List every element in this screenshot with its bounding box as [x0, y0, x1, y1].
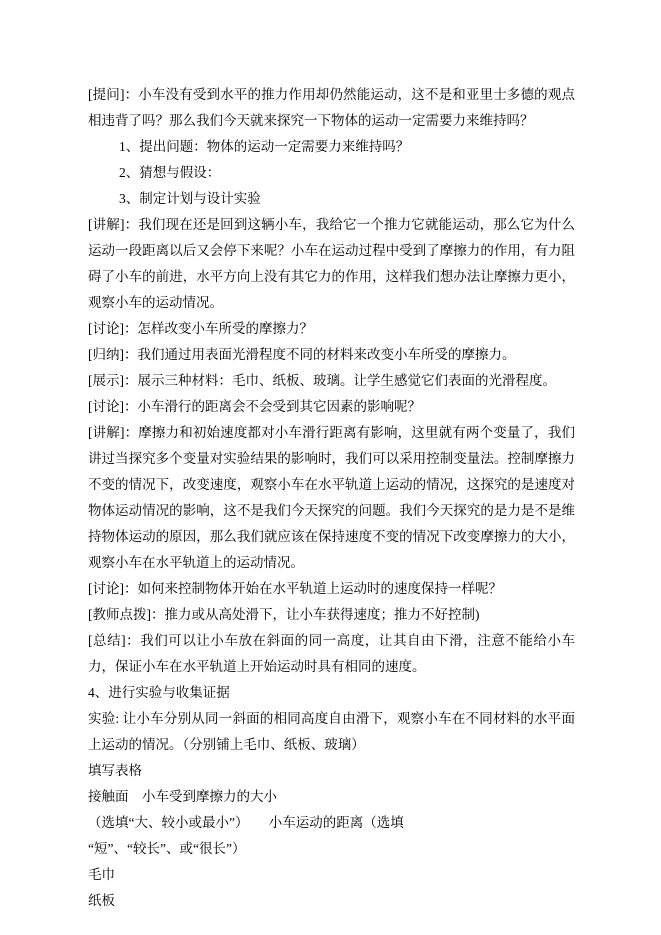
- list-item-1-raise-question: 1、提出问题：物体的运动一定需要力来维持吗？: [88, 134, 575, 160]
- table-header-fill-options-1: （选填“大、较小或最小”） 小车运动的距离（选填: [88, 810, 575, 836]
- paragraph-discuss-change-friction: [讨论]：怎样改变小车所受的摩擦力？: [88, 316, 575, 342]
- paragraph-explain-control-variables: [讲解]：摩擦力和初始速度都对小车滑行距离有影响，这里就有两个变量了，我们讲过当…: [88, 420, 575, 576]
- document-content: [提问]：小车没有受到水平的推力作用却仍然能运动，这不是和亚里士多德的观点相违背…: [88, 82, 575, 914]
- paragraph-teacher-hint: [教师点拨]：推力或从高处滑下，让小车获得速度；推力不好控制): [88, 602, 575, 628]
- table-header-contact-surface: 接触面 小车受到摩擦力的大小: [88, 784, 575, 810]
- paragraph-conclusion-slope: [总结]：我们可以让小车放在斜面的同一高度，让其自由下滑，注意不能给小车力，保证…: [88, 628, 575, 680]
- paragraph-fill-table: 填写表格: [88, 758, 575, 784]
- list-item-3-plan-experiment: 3、制定计划与设计实验: [88, 186, 575, 212]
- paragraph-discuss-same-speed: [讨论]：如何来控制物体开始在水平轨道上运动时的速度保持一样呢？: [88, 576, 575, 602]
- document-page: [提问]：小车没有受到水平的推力作用却仍然能运动，这不是和亚里士多德的观点相违背…: [0, 0, 661, 935]
- list-item-4-do-experiment: 4、进行实验与收集证据: [88, 680, 575, 706]
- table-row-towel: 毛巾: [88, 862, 575, 888]
- table-row-cardboard: 纸板: [88, 888, 575, 914]
- paragraph-show-materials: [展示]：展示三种材料：毛巾、纸板、玻璃。让学生感觉它们表面的光滑程度。: [88, 368, 575, 394]
- paragraph-question-intro: [提问]：小车没有受到水平的推力作用却仍然能运动，这不是和亚里士多德的观点相违背…: [88, 82, 575, 134]
- paragraph-summary-materials: [归纳]：我们通过用表面光滑程度不同的材料来改变小车所受的摩擦力。: [88, 342, 575, 368]
- paragraph-discuss-other-factors: [讨论]：小车滑行的距离会不会受到其它因素的影响呢？: [88, 394, 575, 420]
- paragraph-experiment-description: 实验: 让小车分别从同一斜面的相同高度自由滑下，观察小车在不同材料的水平面上运动…: [88, 706, 575, 758]
- list-item-2-hypothesis: 2、猜想与假设：: [88, 160, 575, 186]
- paragraph-explain-friction: [讲解]：我们现在还是回到这辆小车，我给它一个推力它就能运动，那么它为什么运动一…: [88, 212, 575, 316]
- table-header-fill-options-2: “短”、“较长”、或“很长”）: [88, 836, 575, 862]
